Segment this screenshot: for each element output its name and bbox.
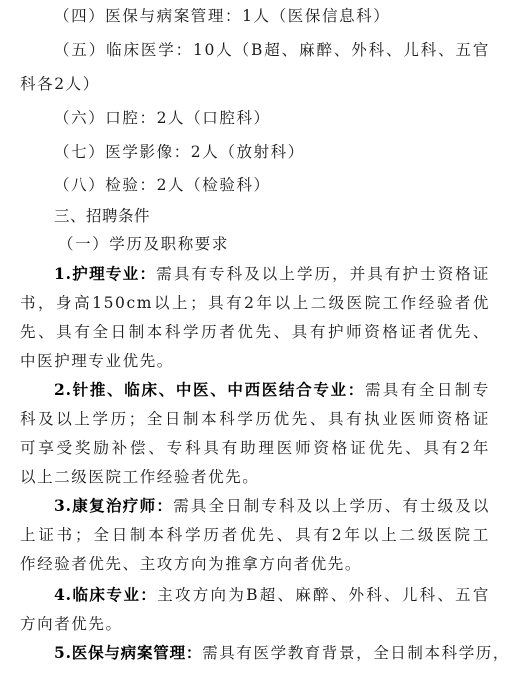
requirement-1-line-4: 中医护理专业优先。 [20,351,490,371]
requirement-1-title: 1.护理专业： [54,264,156,283]
requirement-1-line-1: 1.护理专业：需具有专科及以上学历，并具有护士资格证 [54,264,490,284]
requirement-1-line-3: 先、具有全日制本科学历者优先、具有护师资格证者优先、 [20,322,490,342]
requirement-5-line-1: 5.医保与病案管理：需具有医学教育背景，全日制本科学历， [54,643,490,663]
requirement-5-title: 5.医保与病案管理： [54,643,202,662]
position-item-5-continuation: 科各2人） [20,74,490,94]
requirement-1-line-2: 书，身高150cm以上；具有2年以上二级医院工作经验者优 [20,293,490,313]
requirement-3-title: 3.康复治疗师： [54,496,173,515]
requirement-2-line-2: 科及以上学历；全日制本科学历优先、具有执业医师资格证 [20,409,490,429]
position-item-8: （八）检验：2人（检验科） [54,175,490,195]
position-item-5: （五）临床医学：10人（B超、麻醉、外科、儿科、五官 [54,40,490,60]
requirement-3-line-1: 3.康复治疗师：需具全日制专科及以上学历、有士级及以 [54,496,490,516]
requirement-3-line-2: 上证书；全日制本科学历者优先、具有2年以上二级医院工 [20,525,490,545]
position-item-6: （六）口腔：2人（口腔科） [54,108,490,128]
requirement-4-line-2: 方向者优先。 [20,614,490,634]
requirement-2-line-4: 以上二级医院工作经验者优先。 [20,467,490,487]
requirement-4-title: 4.临床专业： [54,585,157,604]
section-heading: 三、招聘条件 [54,206,509,226]
subsection-heading: （一）学历及职称要求 [58,234,509,254]
requirement-text: 需具有全日制专 [365,381,490,399]
requirement-2-line-3: 可享受奖励补偿、专科具有助理医师资格证优先、具有2年 [20,438,490,458]
requirement-4-line-1: 4.临床专业：主攻方向为B超、麻醉、外科、儿科、五官 [54,585,490,605]
requirement-2-title: 2.针推、临床、中医、中西医结合专业： [54,380,365,399]
requirement-3-line-3: 作经验者优先、主攻方向为推拿方向者优先。 [20,554,490,574]
requirement-text: 需具全日制专科及以上学历、有士级及以 [173,497,490,515]
requirement-text: 需具有专科及以上学历，并具有护士资格证 [156,265,490,283]
requirement-2-line-1: 2.针推、临床、中医、中西医结合专业：需具有全日制专 [54,380,490,400]
position-item-4: （四）医保与病案管理：1人（医保信息科） [54,6,490,26]
position-item-7: （七）医学影像：2人（放射科） [54,142,490,162]
requirement-text: 主攻方向为B超、麻醉、外科、儿科、五官 [157,586,490,604]
document-page: （四）医保与病案管理：1人（医保信息科） （五）临床医学：10人（B超、麻醉、外… [0,0,509,676]
requirement-text: 需具有医学教育背景，全日制本科学历， [202,644,509,662]
